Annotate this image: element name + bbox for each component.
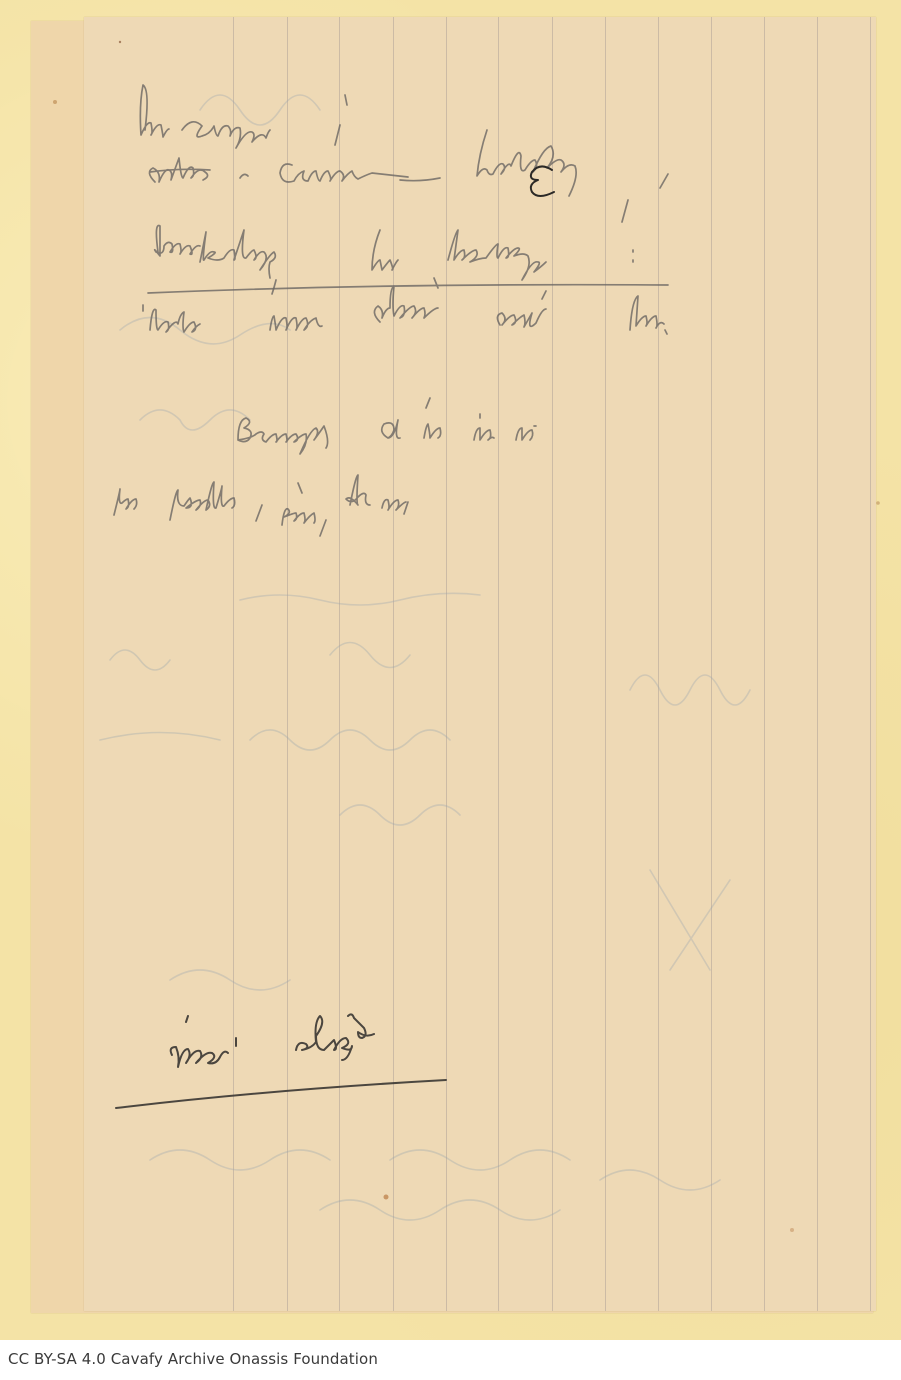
ruled-line — [393, 17, 394, 1311]
ruled-line — [552, 17, 553, 1311]
ruled-line — [711, 17, 712, 1311]
ruled-line — [233, 17, 234, 1311]
license-caption: CC BY-SA 4.0 Cavafy Archive Onassis Foun… — [8, 1350, 378, 1368]
manuscript-page — [84, 17, 876, 1311]
ruled-line — [339, 17, 340, 1311]
ruled-line — [817, 17, 818, 1311]
ruled-line — [446, 17, 447, 1311]
ruled-line — [658, 17, 659, 1311]
archive-mount: και σταγγιά, δίπως ~ εσύ ματΕ τα θαύμα ό… — [0, 0, 901, 1340]
ruled-line — [605, 17, 606, 1311]
ruled-line — [498, 17, 499, 1311]
ruled-line — [287, 17, 288, 1311]
ruled-line — [764, 17, 765, 1311]
ruled-line — [870, 17, 871, 1311]
